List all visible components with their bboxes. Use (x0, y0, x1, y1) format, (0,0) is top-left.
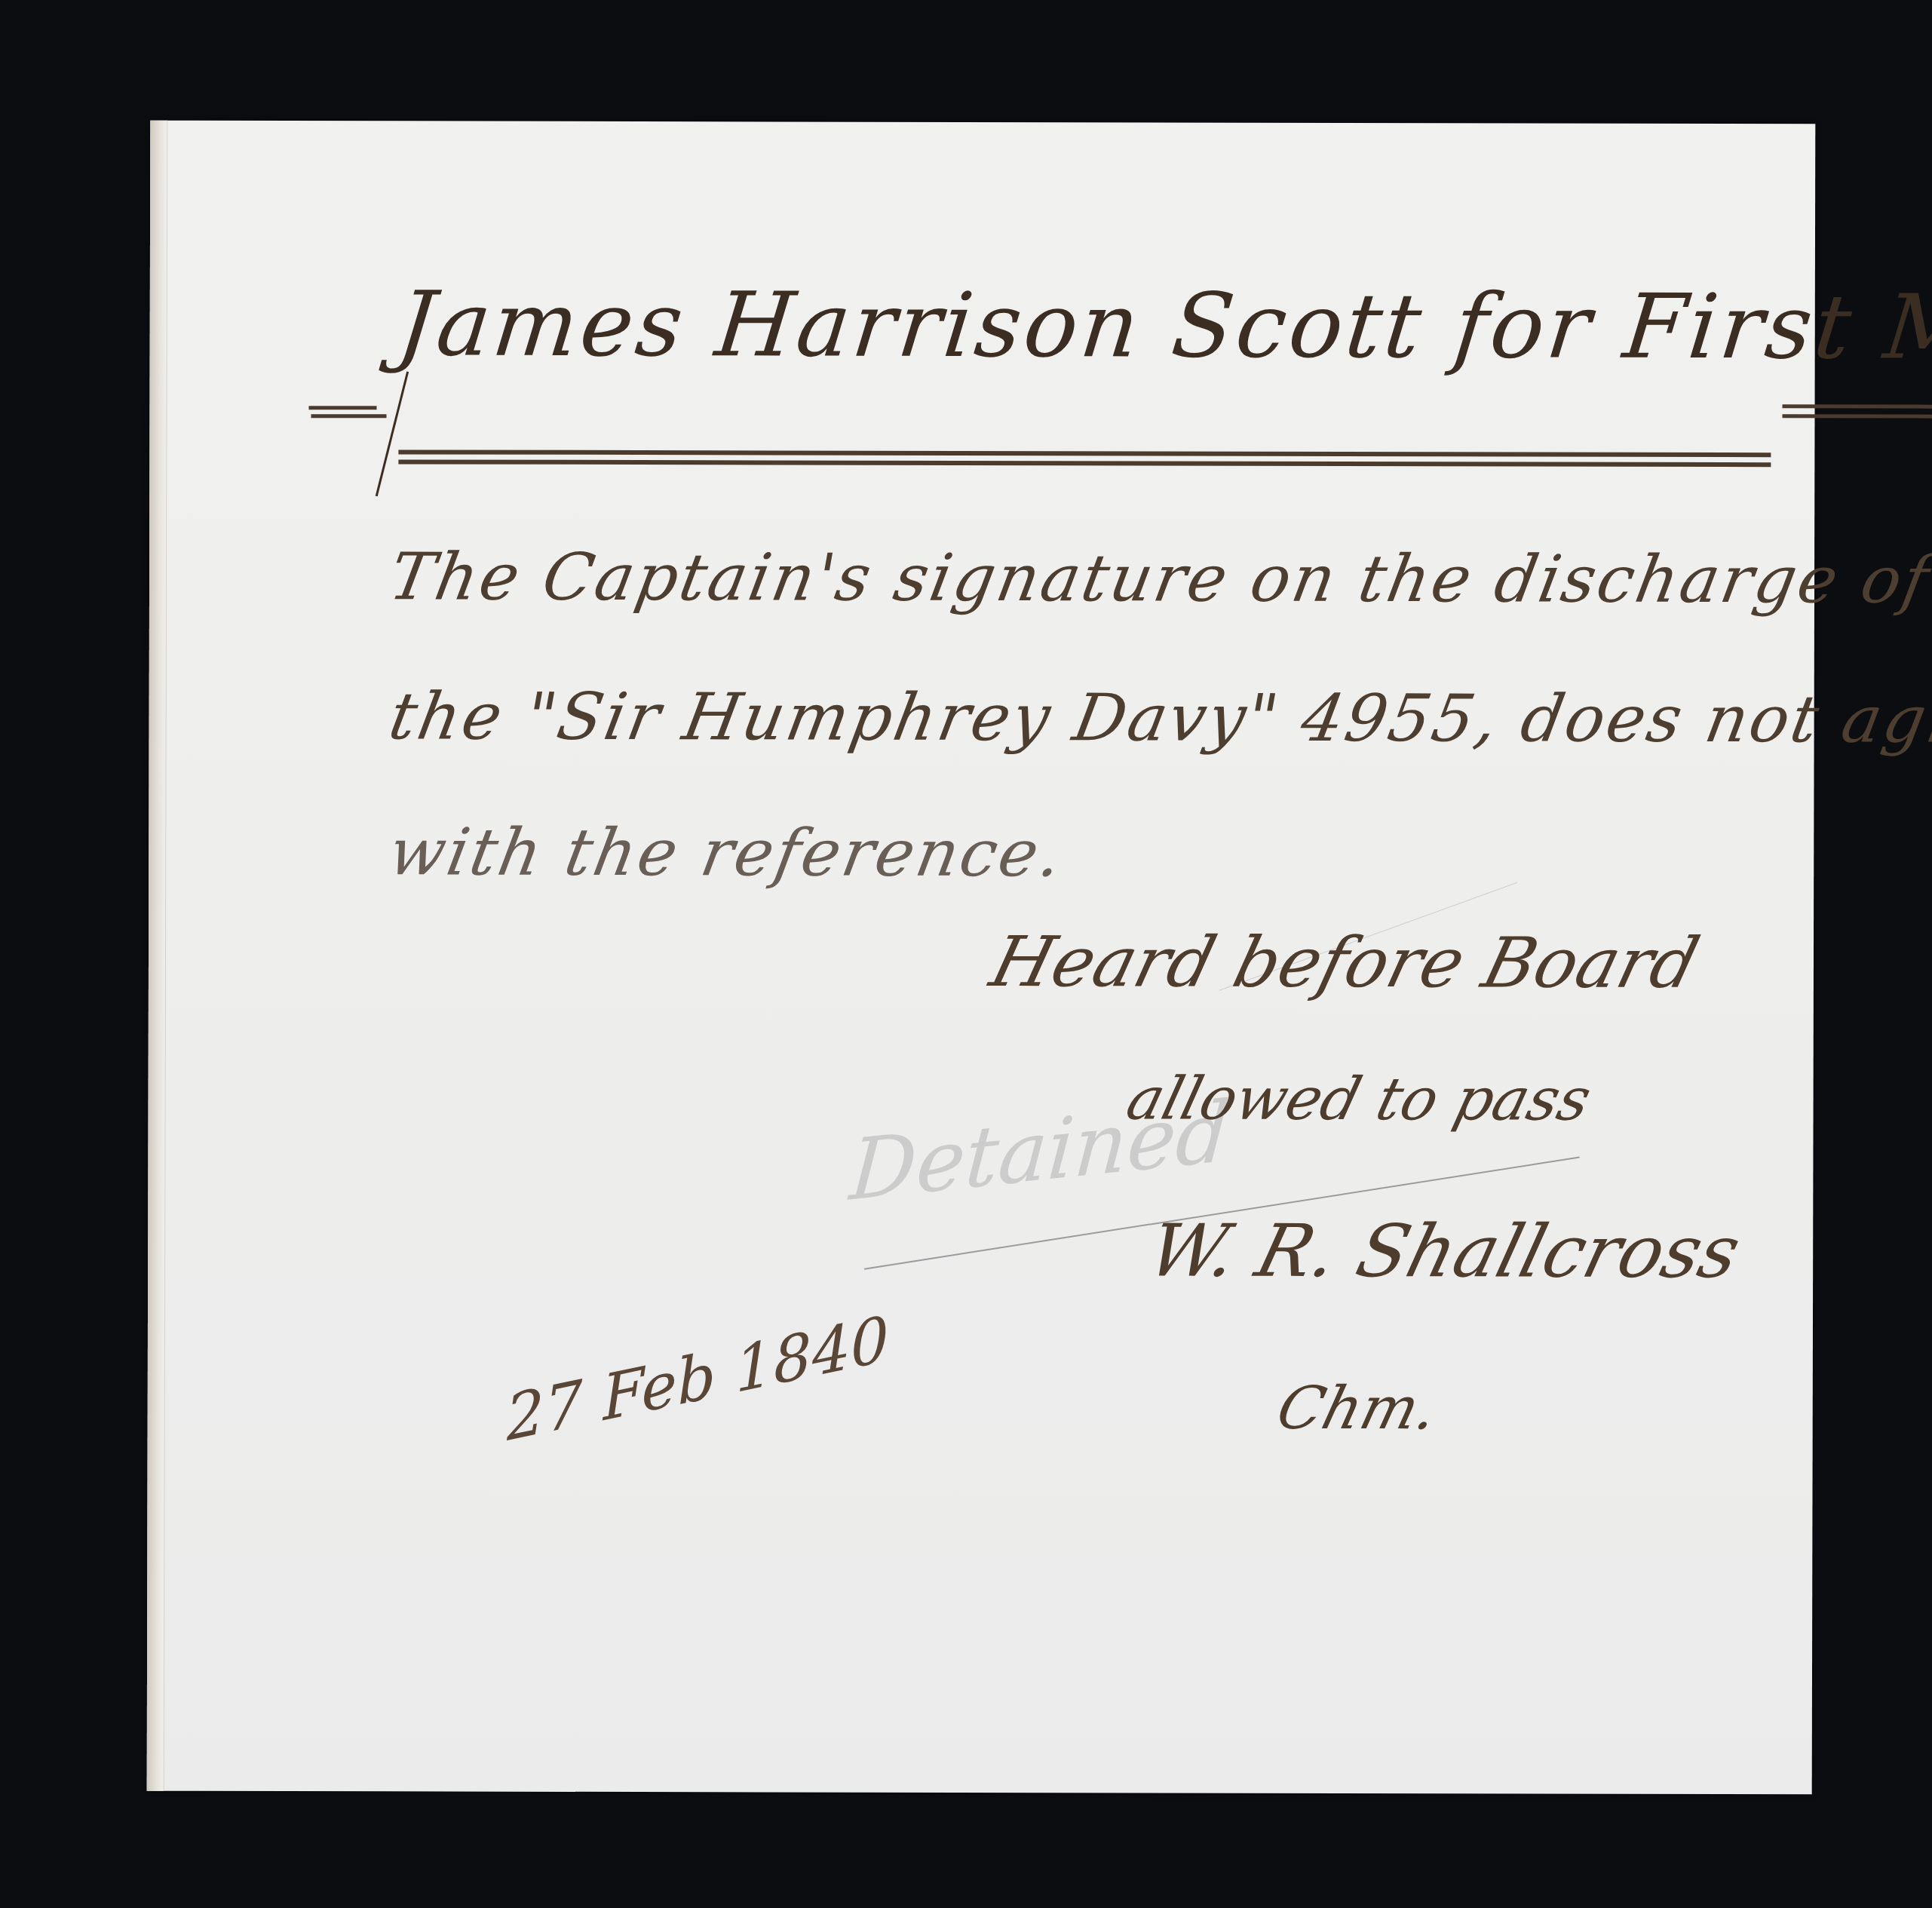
document-sheet: James Harrison Scott for First Mate The … (147, 121, 1816, 1795)
document-date: 27 Feb 1840 (505, 1302, 891, 1456)
heading-rule-right (1783, 414, 1932, 418)
signature: W. R. Shallcross (1140, 1209, 1749, 1295)
endorsement-line: Heard before Board (983, 922, 1707, 1004)
heading-underline (398, 449, 1771, 457)
heading-rule-left (309, 406, 377, 410)
heading-rule-right (1783, 404, 1932, 408)
signatory-title: Chm. (1270, 1375, 1444, 1443)
body-line: the "Sir Humphrey Davy" 4955, does not a… (384, 679, 1932, 758)
heading-underline (398, 459, 1771, 467)
endorsement-line: allowed to pass (1120, 1065, 1597, 1133)
body-line: with the reference. (383, 814, 1069, 891)
document-heading: James Harrison Scott for First Mate (393, 271, 1932, 379)
heading-rule-left (311, 414, 386, 418)
body-line: The Captain's signature on the discharge… (384, 539, 1932, 618)
heading-flourish (376, 372, 409, 497)
